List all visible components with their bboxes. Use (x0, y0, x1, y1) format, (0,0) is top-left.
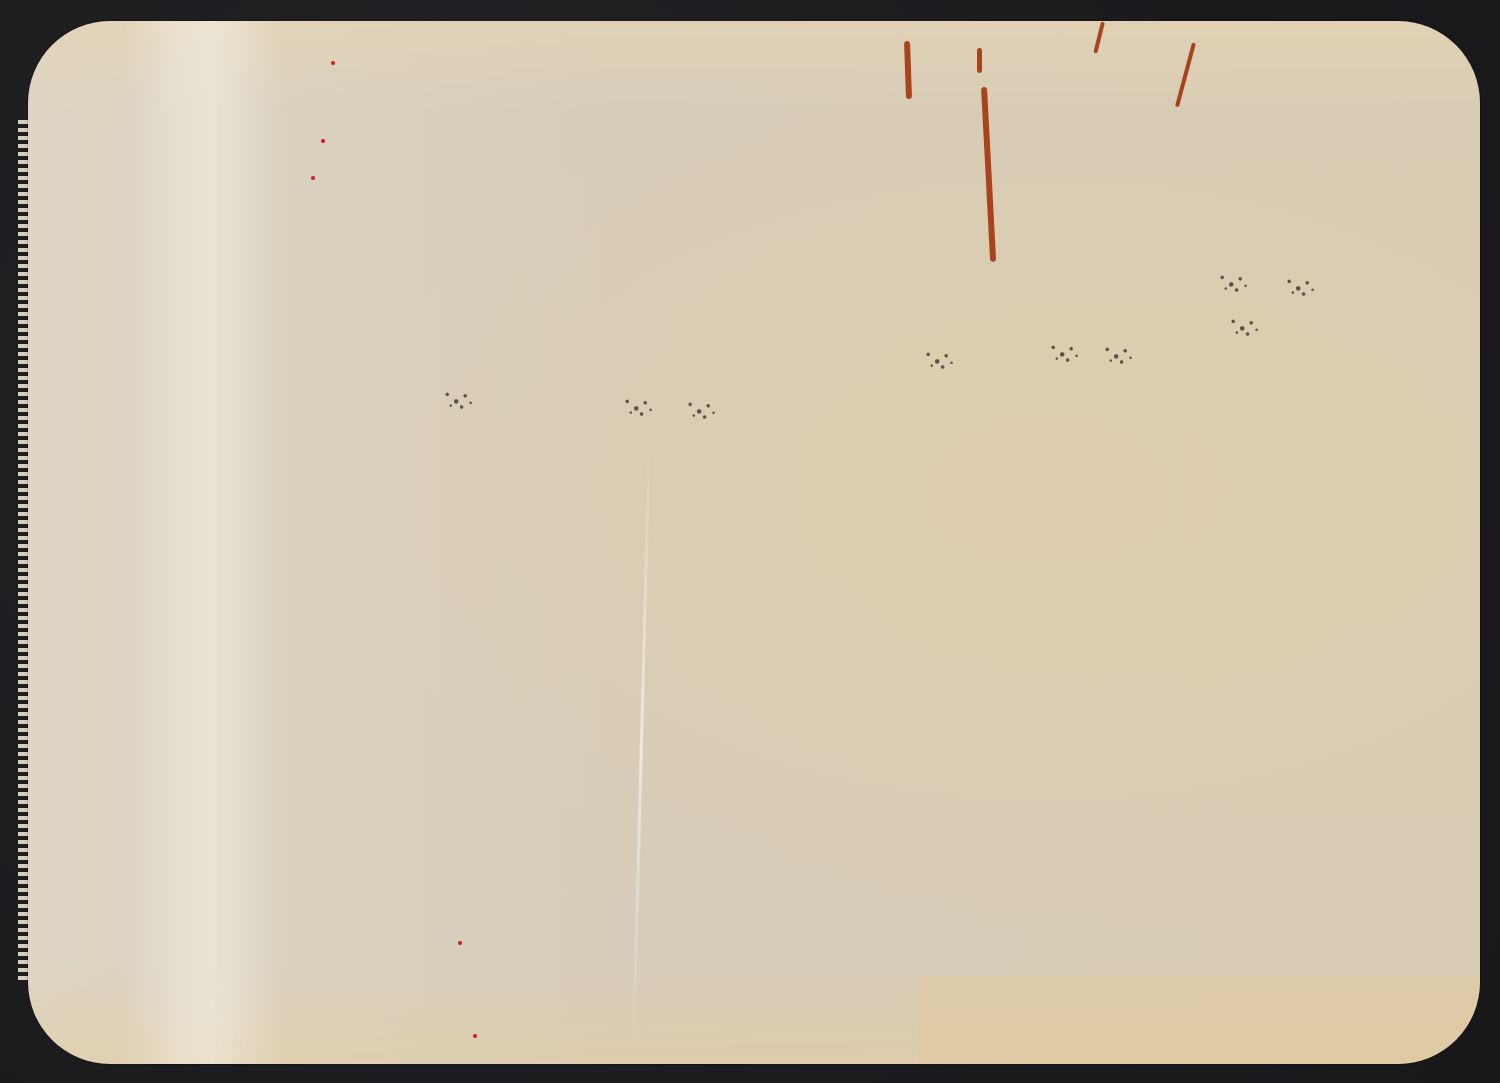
paper-crease (632, 441, 651, 1041)
red-ink-dot (331, 61, 335, 65)
rust-stain-mark (981, 87, 996, 262)
ink-speck-cluster (1100, 341, 1136, 369)
red-ink-dot (311, 176, 315, 180)
ink-speck-cluster (921, 346, 957, 374)
ink-speck-cluster (1226, 313, 1262, 341)
card-perforated-edge (18, 120, 28, 980)
rust-stain-mark (1175, 42, 1196, 107)
rust-stain-mark (1093, 22, 1105, 54)
ink-speck-cluster (683, 396, 719, 424)
rust-stain-mark (904, 41, 912, 99)
rust-stain-mark (977, 48, 982, 73)
ink-speck-cluster (1046, 339, 1082, 367)
ink-speck-cluster (1215, 269, 1251, 297)
red-ink-dot (458, 941, 462, 945)
red-ink-dot (321, 139, 325, 143)
discoloration-patch (918, 976, 1480, 1064)
tape-residue (123, 21, 283, 1064)
red-ink-dot (473, 1034, 477, 1038)
ink-speck-cluster (620, 393, 656, 421)
card-back (28, 21, 1480, 1064)
ink-speck-cluster (440, 386, 476, 414)
ink-speck-cluster (1282, 273, 1318, 301)
